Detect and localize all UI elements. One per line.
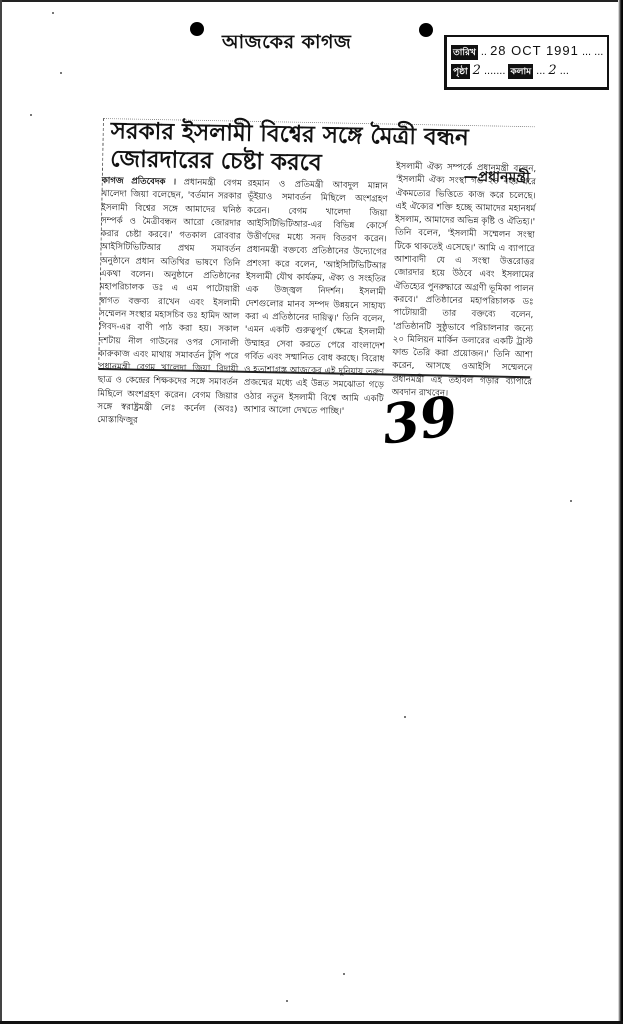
article-column-3-text: ইসলামী ঐক্য সম্পর্কে প্রধানমন্ত্রী বলেন,… (392, 162, 537, 399)
scan-speck (404, 716, 406, 718)
stamp-page-value: 2 (473, 63, 481, 78)
scan-speck (570, 500, 572, 502)
scan-edge-right (618, 0, 623, 1024)
stamp-column-value: 2 (548, 63, 556, 78)
stamp-date-label: তারিখ (451, 45, 478, 60)
stamp-page-row: পৃষ্ঠা 2 ....... কলাম ... 2 ... (451, 63, 569, 79)
punch-hole-right (419, 23, 433, 37)
scan-speck (30, 114, 32, 116)
stamp-page-label: পৃষ্ঠা (451, 64, 470, 79)
article-column-2: রহমান ও প্রতিমন্ত্রী আবদুল মান্নান ভূঁইয… (243, 178, 388, 420)
scan-speck (60, 72, 62, 74)
headline-line-2: জোরদারের চেষ্টা করবে (110, 146, 322, 176)
article-column-1: কাগজ প্রতিবেদক । প্রধানমন্ত্রী বেগম খালে… (97, 175, 242, 430)
date-stamp: তারিখ .. 28 OCT 1991 ... ... পৃষ্ঠা 2 ..… (444, 35, 609, 90)
scan-speck (286, 1000, 288, 1002)
scan-speck (52, 12, 54, 14)
article-column-2-text: রহমান ও প্রতিমন্ত্রী আবদুল মান্নান ভূঁইয… (243, 179, 388, 417)
scan-speck (343, 973, 345, 975)
stamp-column-label: কলাম (508, 64, 533, 79)
article-column-1-text: প্রধানমন্ত্রী বেগম খালেদা জিয়া বলেছেন, … (97, 178, 242, 427)
scan-edge-left (0, 0, 2, 1024)
article-column-3: ইসলামী ঐক্য সম্পর্কে প্রধানমন্ত্রী বলেন,… (392, 161, 537, 403)
handwritten-page-number: 39 (378, 383, 461, 457)
punch-hole-left (190, 22, 204, 36)
newspaper-masthead: আজকের কাগজ (222, 28, 351, 60)
scan-edge-top (0, 0, 623, 2)
newspaper-clipping: সরকার ইসলামী বিশ্বের সঙ্গে মৈত্রী বন্ধন … (98, 118, 535, 378)
stamp-date-value: 28 OCT 1991 (490, 43, 579, 58)
article-dateline: কাগজ প্রতিবেদক । (102, 176, 177, 187)
stamp-date-row: তারিখ .. 28 OCT 1991 ... ... (451, 43, 603, 60)
